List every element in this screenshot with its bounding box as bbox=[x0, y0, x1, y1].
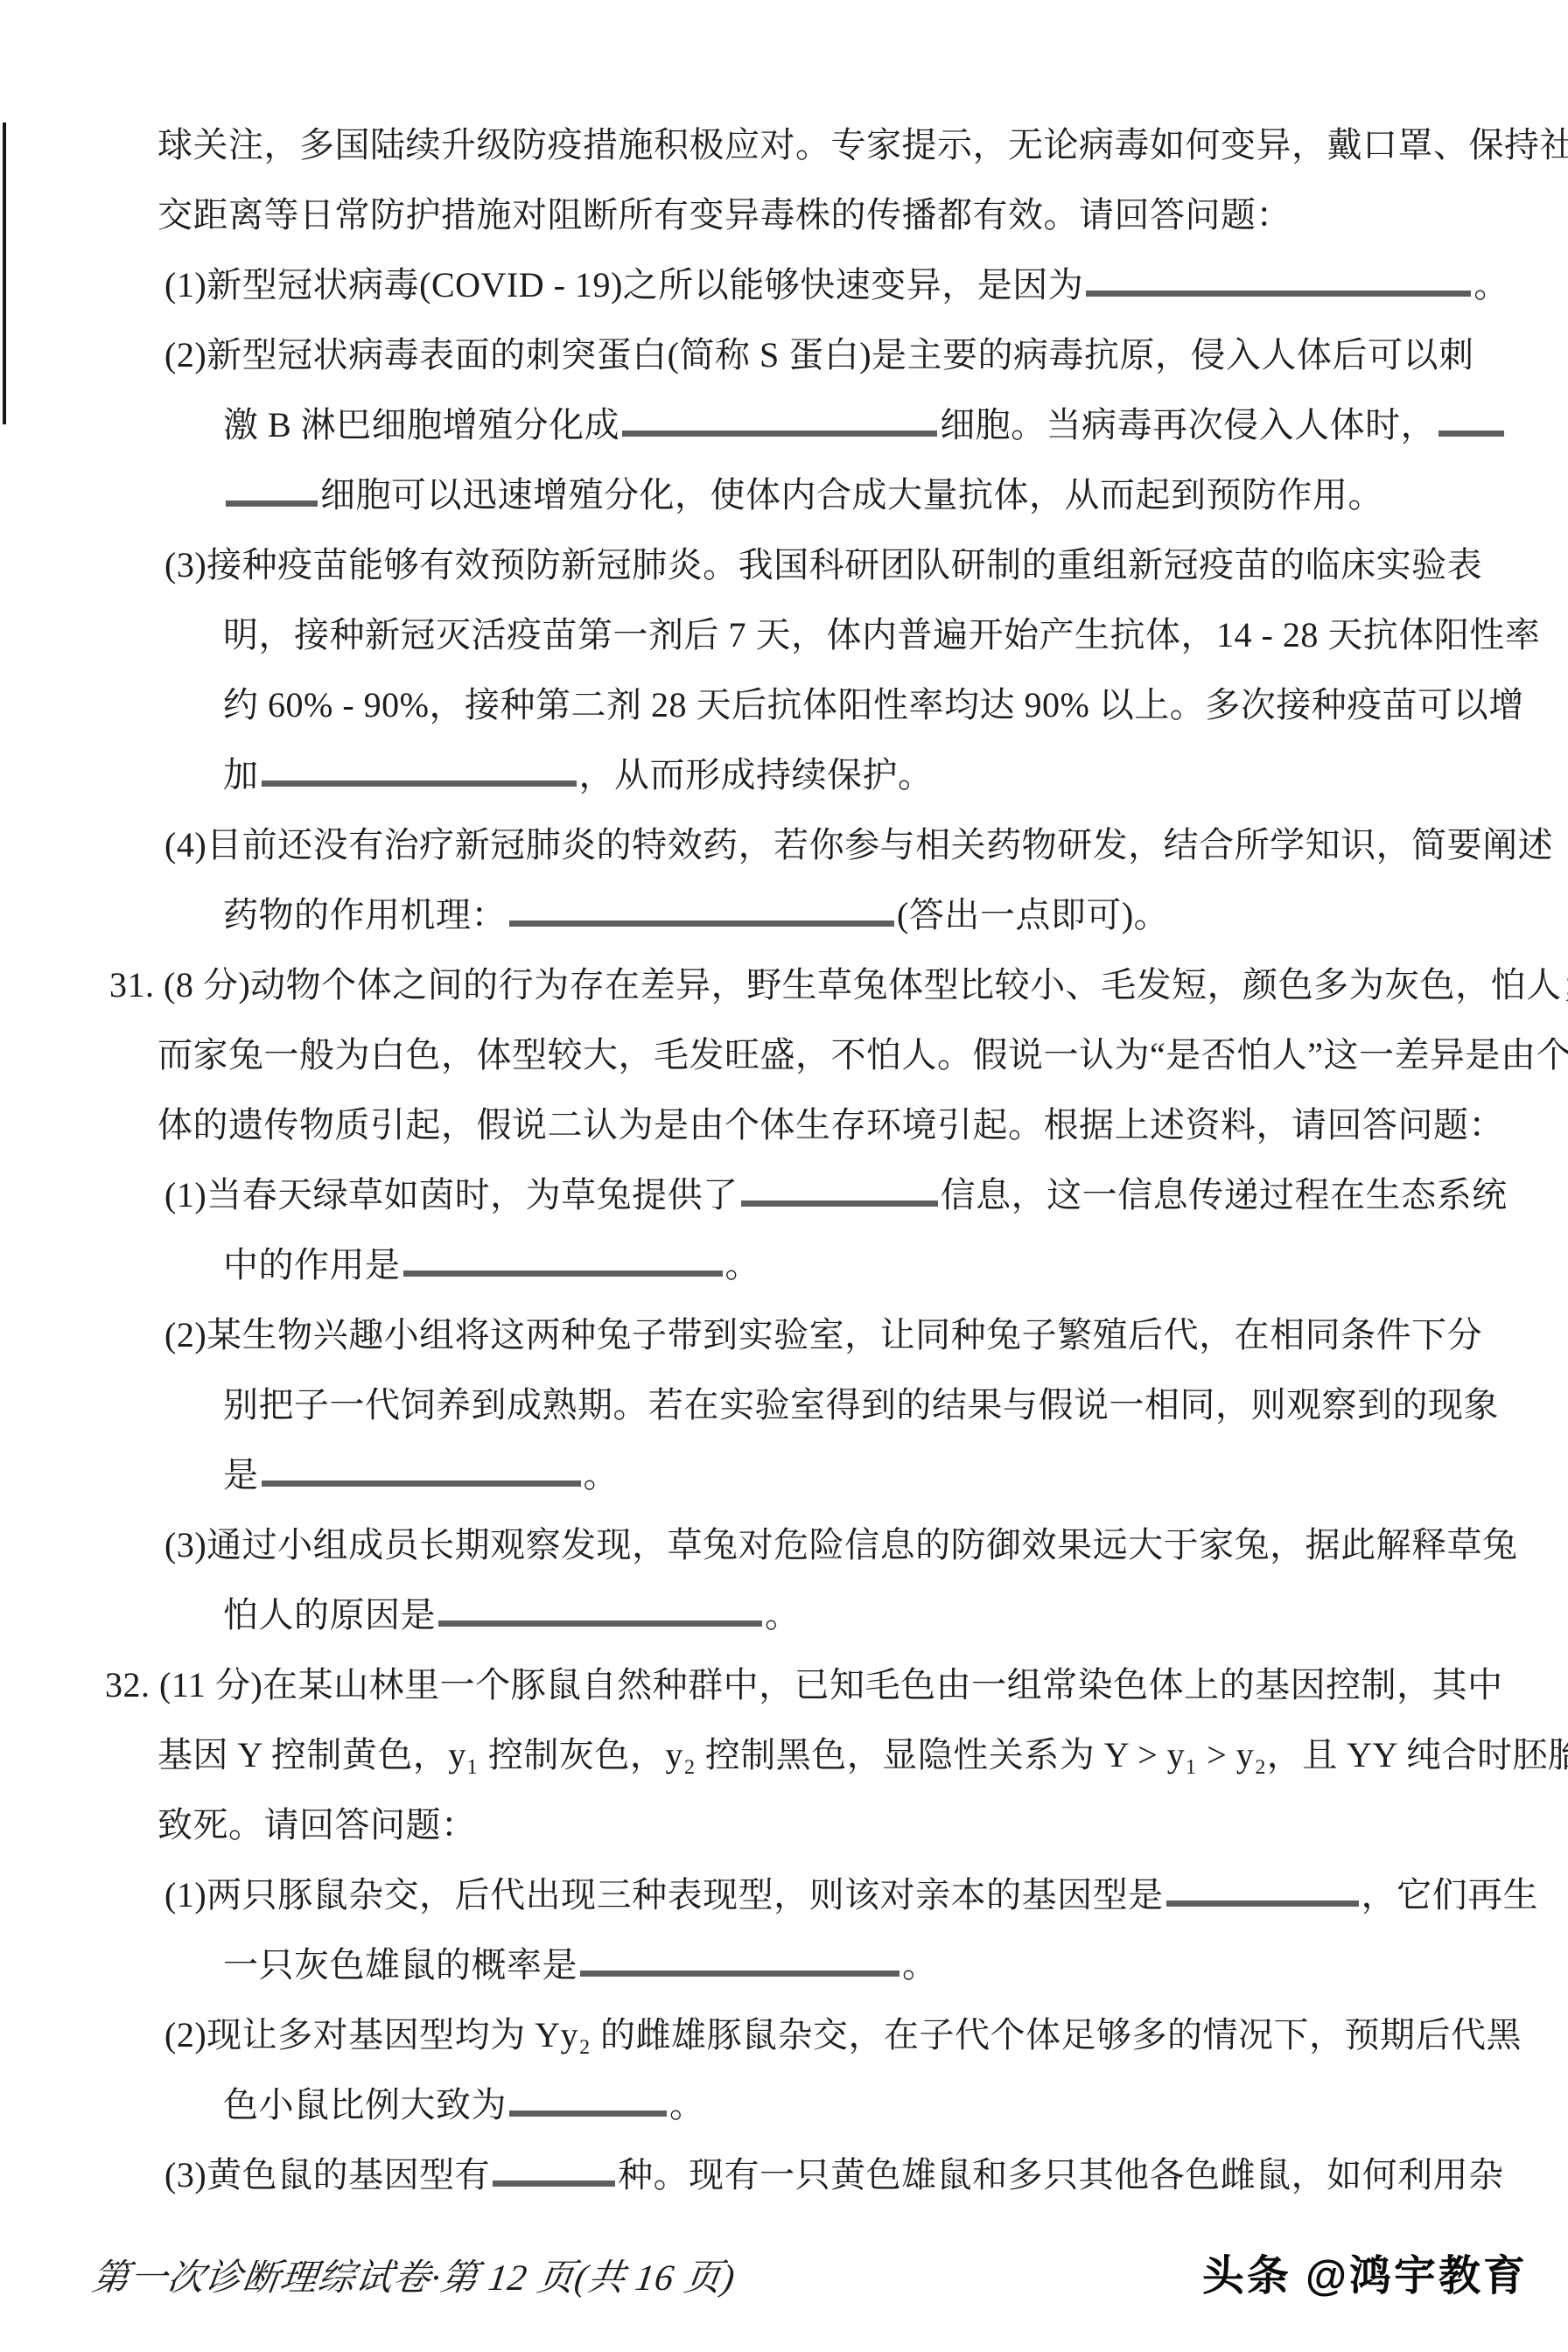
q31-item-1-line-2: 中的作用是。 bbox=[0, 1230, 1568, 1300]
text-segment: 。 bbox=[1473, 265, 1509, 304]
q31-item-3-line-2: 怕人的原因是。 bbox=[0, 1580, 1568, 1650]
text-segment: 怕人的原因是 bbox=[223, 1595, 436, 1634]
answer-blank bbox=[622, 401, 937, 437]
answer-blank bbox=[741, 1171, 938, 1207]
text-segment: 。 bbox=[725, 1245, 761, 1284]
text-segment: (3)接种疫苗能够有效预防新冠肺炎。我国科研团队研制的重组新冠疫苗的临床实验表 bbox=[164, 545, 1482, 584]
text-segment: 激 B 淋巴细胞增殖分化成 bbox=[223, 405, 619, 444]
footer-exam-page-label: 第一次诊断理综试卷·第 12 页(共 16 页) bbox=[89, 2249, 739, 2301]
q31-item-1-line-1: (1)当春天绿草如茵时，为草兔提供了信息，这一信息传递过程在生态系统 bbox=[0, 1160, 1568, 1230]
text-segment: 32. (11 分)在某山林里一个豚鼠自然种群中，已知毛色由一组常染色体上的基因… bbox=[105, 1665, 1503, 1704]
answer-blank bbox=[493, 2151, 615, 2187]
q32-stem-line-3: 致死。请回答问题： bbox=[0, 1790, 1568, 1860]
text-segment: (2)现让多对基因型均为 Yy₂ 的雌雄豚鼠杂交，在子代个体足够多的情况下，预期… bbox=[164, 2015, 1522, 2054]
answer-blank bbox=[438, 1591, 762, 1627]
text-segment: 明，接种新冠灭活疫苗第一剂后 7 天，体内普遍开始产生抗体，14 - 28 天抗… bbox=[223, 615, 1540, 654]
covid-stem-line-2: 交距离等日常防护措施对阻断所有变异毒株的传播都有效。请回答问题： bbox=[0, 180, 1568, 250]
covid-item-2-line-1: (2)新型冠状病毒表面的刺突蛋白(简称 S 蛋白)是主要的病毒抗原，侵入人体后可… bbox=[0, 320, 1568, 390]
text-segment: 约 60% - 90%，接种第二剂 28 天后抗体阳性率均达 90% 以上。多次… bbox=[223, 685, 1524, 724]
text-segment: (2)新型冠状病毒表面的刺突蛋白(简称 S 蛋白)是主要的病毒抗原，侵入人体后可… bbox=[164, 335, 1474, 374]
answer-blank bbox=[509, 891, 894, 927]
q31-item-2-line-1: (2)某生物兴趣小组将这两种兔子带到实验室，让同种兔子繁殖后代，在相同条件下分 bbox=[0, 1300, 1568, 1370]
text-segment: 别把子一代饲养到成熟期。若在实验室得到的结果与假说一相同，则观察到的现象 bbox=[223, 1385, 1499, 1424]
text-segment: ，它们再生 bbox=[1361, 1875, 1539, 1914]
text-segment: 。 bbox=[765, 1595, 801, 1634]
answer-blank bbox=[580, 1941, 899, 1977]
q31-stem-line-3: 体的遗传物质引起，假说二认为是由个体生存环境引起。根据上述资料，请回答问题： bbox=[0, 1090, 1568, 1160]
page-footer: 第一次诊断理综试卷·第 12 页(共 16 页) 头条 @鸿宇教育 bbox=[0, 2233, 1568, 2329]
text-segment: 球关注，多国陆续升级防疫措施积极应对。专家提示，无论病毒如何变异，戴口罩、保持社 bbox=[157, 125, 1568, 164]
text-segment: (1)两只豚鼠杂交，后代出现三种表现型，则该对亲本的基因型是 bbox=[164, 1875, 1164, 1914]
answer-blank bbox=[262, 751, 577, 787]
text-segment: 中的作用是 bbox=[223, 1245, 401, 1284]
text-segment: 是 bbox=[223, 1455, 259, 1494]
text-segment: 。 bbox=[669, 2085, 705, 2124]
text-segment: ，从而形成持续保护。 bbox=[579, 755, 934, 794]
text-segment: (4)目前还没有治疗新冠肺炎的特效药，若你参与相关药物研发，结合所学知识，简要阐… bbox=[164, 825, 1553, 864]
text-segment: 31. (8 分)动物个体之间的行为存在差异，野生草兔体型比较小、毛发短，颜色多… bbox=[109, 965, 1568, 1004]
text-segment: 交距离等日常防护措施对阻断所有变异毒株的传播都有效。请回答问题： bbox=[157, 195, 1291, 234]
answer-blank bbox=[226, 471, 318, 507]
covid-item-2-line-2: 激 B 淋巴细胞增殖分化成细胞。当病毒再次侵入人体时， bbox=[0, 390, 1568, 460]
q32-item-1-line-2: 一只灰色雄鼠的概率是。 bbox=[0, 1930, 1568, 2000]
text-segment: (2)某生物兴趣小组将这两种兔子带到实验室，让同种兔子繁殖后代，在相同条件下分 bbox=[164, 1315, 1482, 1354]
text-segment: 信息，这一信息传递过程在生态系统 bbox=[941, 1175, 1508, 1214]
text-segment: 而家兔一般为白色，体型较大，毛发旺盛，不怕人。假说一认为“是否怕人”这一差异是由… bbox=[157, 1035, 1568, 1074]
text-segment: 种。现有一只黄色雄鼠和多只其他各色雌鼠，如何利用杂 bbox=[618, 2155, 1504, 2194]
text-segment: 加 bbox=[223, 755, 259, 794]
answer-blank bbox=[1086, 261, 1471, 297]
q31-item-2-line-2: 别把子一代饲养到成熟期。若在实验室得到的结果与假说一相同，则观察到的现象 bbox=[0, 1370, 1568, 1440]
text-segment: 体的遗传物质引起，假说二认为是由个体生存环境引起。根据上述资料，请回答问题： bbox=[157, 1105, 1504, 1144]
covid-item-1: (1)新型冠状病毒(COVID - 19)之所以能够快速变异，是因为。 bbox=[0, 250, 1568, 320]
answer-blank bbox=[262, 1451, 581, 1487]
text-segment: 基因 Y 控制黄色，y₁ 控制灰色，y₂ 控制黑色，显隐性关系为 Y > y₁ … bbox=[157, 1735, 1568, 1774]
covid-item-3-line-4: 加，从而形成持续保护。 bbox=[0, 740, 1568, 810]
text-segment: 致死。请回答问题： bbox=[157, 1805, 477, 1844]
answer-blank bbox=[1166, 1871, 1359, 1907]
document-body: 球关注，多国陆续升级防疫措施积极应对。专家提示，无论病毒如何变异，戴口罩、保持社… bbox=[0, 110, 1568, 2210]
text-segment: (答出一点即可)。 bbox=[897, 895, 1169, 934]
text-segment: (1)当春天绿草如茵时，为草兔提供了 bbox=[164, 1175, 738, 1214]
text-segment: 细胞可以迅速增殖分化，使体内合成大量抗体，从而起到预防作用。 bbox=[320, 475, 1383, 514]
q31-stem-line-2: 而家兔一般为白色，体型较大，毛发旺盛，不怕人。假说一认为“是否怕人”这一差异是由… bbox=[0, 1020, 1568, 1090]
covid-item-3-line-3: 约 60% - 90%，接种第二剂 28 天后抗体阳性率均达 90% 以上。多次… bbox=[0, 670, 1568, 740]
text-segment: (3)黄色鼠的基因型有 bbox=[164, 2155, 490, 2194]
q32-item-2-line-1: (2)现让多对基因型均为 Yy₂ 的雌雄豚鼠杂交，在子代个体足够多的情况下，预期… bbox=[0, 2000, 1568, 2070]
text-segment: 一只灰色雄鼠的概率是 bbox=[223, 1945, 577, 1984]
q32-stem-line-1: 32. (11 分)在某山林里一个豚鼠自然种群中，已知毛色由一组常染色体上的基因… bbox=[0, 1650, 1568, 1720]
q31-item-3-line-1: (3)通过小组成员长期观察发现，草兔对危险信息的防御效果远大于家兔，据此解释草兔 bbox=[0, 1510, 1568, 1580]
q31-item-2-line-3: 是。 bbox=[0, 1440, 1568, 1510]
answer-blank bbox=[509, 2081, 667, 2117]
text-segment: 色小鼠比例大致为 bbox=[223, 2085, 507, 2124]
exam-paper-page: 球关注，多国陆续升级防疫措施积极应对。专家提示，无论病毒如何变异，戴口罩、保持社… bbox=[0, 0, 1568, 2352]
covid-stem-line-1: 球关注，多国陆续升级防疫措施积极应对。专家提示，无论病毒如何变异，戴口罩、保持社 bbox=[0, 110, 1568, 180]
answer-blank bbox=[403, 1241, 723, 1277]
text-segment: 。 bbox=[584, 1455, 619, 1494]
text-segment: (1)新型冠状病毒(COVID - 19)之所以能够快速变异，是因为 bbox=[164, 265, 1083, 304]
covid-item-3-line-1: (3)接种疫苗能够有效预防新冠肺炎。我国科研团队研制的重组新冠疫苗的临床实验表 bbox=[0, 530, 1568, 600]
q32-stem-line-2: 基因 Y 控制黄色，y₁ 控制灰色，y₂ 控制黑色，显隐性关系为 Y > y₁ … bbox=[0, 1720, 1568, 1790]
covid-item-2-line-3: 细胞可以迅速增殖分化，使体内合成大量抗体，从而起到预防作用。 bbox=[0, 460, 1568, 530]
footer-watermark: 头条 @鸿宇教育 bbox=[1202, 2242, 1528, 2302]
text-segment: 药物的作用机理： bbox=[223, 895, 507, 934]
q31-stem-line-1: 31. (8 分)动物个体之间的行为存在差异，野生草兔体型比较小、毛发短，颜色多… bbox=[0, 950, 1568, 1020]
text-segment: (3)通过小组成员长期观察发现，草兔对危险信息的防御效果远大于家兔，据此解释草兔 bbox=[164, 1525, 1518, 1564]
covid-item-4-line-2: 药物的作用机理：(答出一点即可)。 bbox=[0, 880, 1568, 950]
q32-item-3-line-1: (3)黄色鼠的基因型有种。现有一只黄色雄鼠和多只其他各色雌鼠，如何利用杂 bbox=[0, 2140, 1568, 2210]
covid-item-4-line-1: (4)目前还没有治疗新冠肺炎的特效药，若你参与相关药物研发，结合所学知识，简要阐… bbox=[0, 810, 1568, 880]
q32-item-1-line-1: (1)两只豚鼠杂交，后代出现三种表现型，则该对亲本的基因型是，它们再生 bbox=[0, 1860, 1568, 1930]
q32-item-2-line-2: 色小鼠比例大致为。 bbox=[0, 2070, 1568, 2140]
covid-item-3-line-2: 明，接种新冠灭活疫苗第一剂后 7 天，体内普遍开始产生抗体，14 - 28 天抗… bbox=[0, 600, 1568, 670]
text-segment: 细胞。当病毒再次侵入人体时， bbox=[940, 405, 1436, 444]
text-segment: 。 bbox=[902, 1945, 938, 1984]
answer-blank bbox=[1438, 401, 1504, 437]
